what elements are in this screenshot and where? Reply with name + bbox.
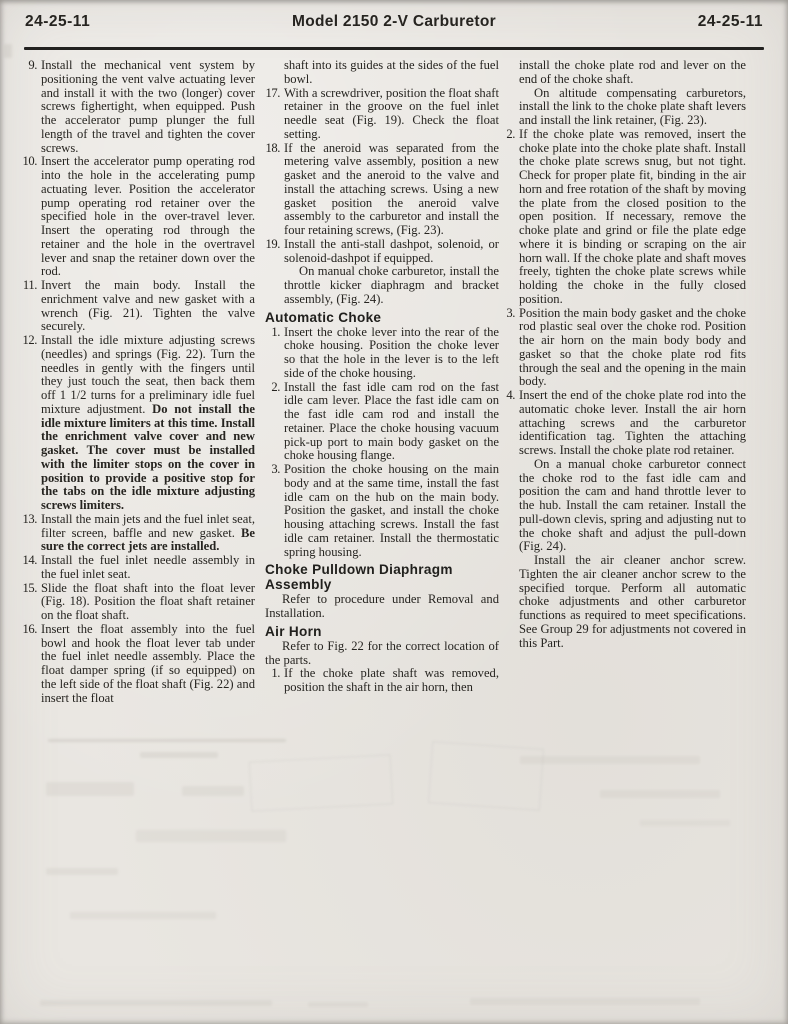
list-item: 11.Invert the main body. Install the enr… (22, 279, 255, 334)
text-column-3: install the choke plate rod and lever on… (500, 59, 746, 705)
item-number: 12. (22, 334, 39, 348)
item-number: 9. (22, 59, 39, 73)
list-item: 17.With a screwdriver, position the floa… (265, 87, 499, 142)
list-item: 1.If the choke plate shaft was removed, … (265, 667, 499, 695)
list-item: 13.Install the main jets and the fuel in… (22, 513, 255, 554)
item-text: Position the choke housing on the main b… (284, 462, 499, 559)
item-text: If the choke plate was removed, insert t… (519, 127, 746, 306)
paragraph: Install the air cleaner anchor screw. Ti… (500, 554, 746, 650)
header-rule (24, 47, 764, 50)
section-heading: Choke Pulldown Diaphragm Assembly (265, 562, 499, 592)
item-text: Install the fast idle cam rod on the fas… (284, 380, 499, 463)
item-text: Insert the end of the choke plate rod in… (519, 388, 746, 457)
section-heading: Air Horn (265, 624, 499, 639)
list-item: 16.Insert the float assembly into the fu… (22, 623, 255, 706)
item-text: Install the main jets and the fuel inlet… (41, 512, 255, 554)
item-text: Slide the float shaft into the float lev… (41, 581, 255, 623)
paragraph-text: On a manual choke carburetor connect the… (519, 457, 746, 554)
list-item: 9.Install the mechanical vent system by … (22, 59, 255, 155)
manual-page: 24-25-11 Model 2150 2-V Carburetor 24-25… (0, 0, 788, 1024)
paragraph: On altitude compensating carburetors, in… (500, 87, 746, 128)
list-item: 1.Insert the choke lever into the rear o… (265, 326, 499, 381)
page-content: 9.Install the mechanical vent system by … (22, 59, 746, 705)
list-item: 3.Position the main body gasket and the … (500, 307, 746, 390)
paragraph: On a manual choke carburetor connect the… (500, 458, 746, 554)
item-number: 17. (265, 87, 282, 101)
text-column-1: 9.Install the mechanical vent system by … (22, 59, 255, 705)
paragraph-text: On altitude compensating carburetors, in… (519, 86, 746, 128)
item-text: Position the main body gasket and the ch… (519, 306, 746, 389)
section-heading: Automatic Choke (265, 310, 499, 325)
list-item: 15.Slide the float shaft into the float … (22, 582, 255, 623)
item-text: Insert the float assembly into the fuel … (41, 622, 255, 705)
paragraph-text: Refer to procedure under Removal and Ins… (265, 592, 499, 620)
item-text: With a screwdriver, position the float s… (284, 86, 499, 141)
item-number: 1. (265, 667, 282, 681)
page-header: 24-25-11 Model 2150 2-V Carburetor 24-25… (25, 13, 763, 31)
list-item: 4.Insert the end of the choke plate rod … (500, 389, 746, 458)
list-item: 14.Install the fuel inlet needle assembl… (22, 554, 255, 582)
paragraph-text: Refer to Fig. 22 for the correct locatio… (265, 639, 499, 667)
item-number: 1. (265, 326, 282, 340)
list-item: 3.Position the choke housing on the main… (265, 463, 499, 559)
page-title: Model 2150 2-V Carburetor (25, 13, 763, 31)
paragraph-text: Install the air cleaner anchor screw. Ti… (519, 553, 746, 650)
item-number: 4. (500, 389, 517, 403)
list-item: 10.Insert the accelerator pump operating… (22, 155, 255, 279)
text-column-2: shaft into its guides at the sides of th… (265, 59, 499, 705)
list-item: 19.Install the anti-stall dashpot, solen… (265, 238, 499, 266)
item-text: Install the anti-stall dashpot, solenoid… (284, 237, 499, 265)
paragraph-text: install the choke plate rod and lever on… (519, 58, 746, 86)
item-text: Insert the accelerator pump operating ro… (41, 154, 255, 278)
item-number: 14. (22, 554, 39, 568)
item-number: 19. (265, 238, 282, 252)
item-text: If the aneroid was separated from the me… (284, 141, 499, 238)
paragraph: On manual choke carburetor, install the … (265, 265, 499, 306)
item-text: Insert the choke lever into the rear of … (284, 325, 499, 380)
paragraph: Refer to Fig. 22 for the correct locatio… (265, 640, 499, 668)
item-text: Install the mechanical vent system by po… (41, 58, 255, 155)
paragraph: install the choke plate rod and lever on… (500, 59, 746, 87)
item-number: 18. (265, 142, 282, 156)
list-item: 18.If the aneroid was separated from the… (265, 142, 499, 238)
paragraph: shaft into its guides at the sides of th… (265, 59, 499, 87)
item-text: Invert the main body. Install the enrich… (41, 278, 255, 333)
item-number: 2. (500, 128, 517, 142)
item-number: 3. (500, 307, 517, 321)
paragraph-text: shaft into its guides at the sides of th… (284, 58, 499, 86)
list-item: 2.Install the fast idle cam rod on the f… (265, 381, 499, 464)
paragraph-text: On manual choke carburetor, install the … (284, 264, 499, 306)
list-item: 2.If the choke plate was removed, insert… (500, 128, 746, 307)
item-number: 11. (22, 279, 39, 293)
item-number: 3. (265, 463, 282, 477)
item-number: 10. (22, 155, 39, 169)
item-number: 13. (22, 513, 39, 527)
item-text: If the choke plate shaft was removed, po… (284, 666, 499, 694)
item-number: 2. (265, 381, 282, 395)
item-text: Install the idle mixture adjusting screw… (41, 333, 255, 512)
item-number: 15. (22, 582, 39, 596)
item-number: 16. (22, 623, 39, 637)
list-item: 12.Install the idle mixture adjusting sc… (22, 334, 255, 513)
paragraph: Refer to procedure under Removal and Ins… (265, 593, 499, 621)
item-text: Install the fuel inlet needle assembly i… (41, 553, 255, 581)
